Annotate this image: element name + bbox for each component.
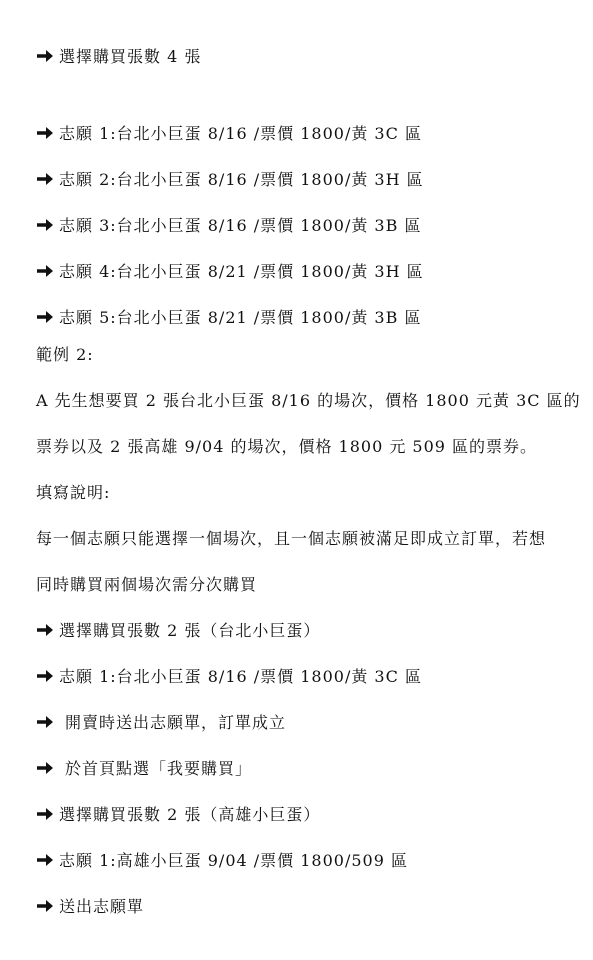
step-submit-on-sale: 開賣時送出志願單，訂單成立 [37, 713, 286, 733]
step-text: 選擇購買張數 4 張 [59, 47, 201, 66]
step-text: 送出志願單 [59, 897, 144, 916]
wish-4: 志願 4:台北小巨蛋 8/21 /票價 1800/黃 3H 區 [37, 262, 424, 282]
right-arrow-icon [37, 761, 53, 775]
step-text: 選擇購買張數 2 張（高雄小巨蛋） [59, 805, 320, 824]
step-wish-taipei: 志願 1:台北小巨蛋 8/16 /票價 1800/黃 3C 區 [37, 667, 422, 687]
wish-5: 志願 5:台北小巨蛋 8/21 /票價 1800/黃 3B 區 [37, 308, 421, 328]
step-text: 開賣時送出志願單，訂單成立 [65, 713, 286, 732]
wish-text: 志願 3:台北小巨蛋 8/16 /票價 1800/黃 3B 區 [59, 216, 421, 235]
right-arrow-icon [37, 172, 53, 186]
step-click-buy: 於首頁點選「我要購買」 [37, 759, 252, 779]
right-arrow-icon [37, 49, 53, 63]
right-arrow-icon [37, 899, 53, 913]
step-wish-kaohsiung: 志願 1:高雄小巨蛋 9/04 /票價 1800/509 區 [37, 851, 408, 871]
right-arrow-icon [37, 126, 53, 140]
step-select-quantity-kaohsiung: 選擇購買張數 2 張（高雄小巨蛋） [37, 805, 320, 825]
wish-1: 志願 1:台北小巨蛋 8/16 /票價 1800/黃 3C 區 [37, 124, 422, 144]
scenario-line-1: A 先生想要買 2 張台北小巨蛋 8/16 的場次，價格 1800 元黃 3C … [36, 391, 581, 411]
step-select-quantity-4: 選擇購買張數 4 張 [37, 47, 201, 67]
instructions-line-2: 同時購買兩個場次需分次購買 [36, 575, 257, 595]
wish-text: 志願 1:台北小巨蛋 8/16 /票價 1800/黃 3C 區 [59, 124, 422, 143]
step-select-quantity-taipei: 選擇購買張數 2 張（台北小巨蛋） [37, 621, 320, 641]
wish-2: 志願 2:台北小巨蛋 8/16 /票價 1800/黃 3H 區 [37, 170, 424, 190]
instructions-line-1: 每一個志願只能選擇一個場次，且一個志願被滿足即成立訂單，若想 [36, 529, 546, 549]
wish-3: 志願 3:台北小巨蛋 8/16 /票價 1800/黃 3B 區 [37, 216, 421, 236]
scenario-line-2: 票券以及 2 張高雄 9/04 的場次，價格 1800 元 509 區的票券。 [36, 437, 537, 457]
step-text: 選擇購買張數 2 張（台北小巨蛋） [59, 621, 320, 640]
right-arrow-icon [37, 669, 53, 683]
right-arrow-icon [37, 264, 53, 278]
wish-text: 志願 4:台北小巨蛋 8/21 /票價 1800/黃 3H 區 [59, 262, 424, 281]
step-text: 志願 1:高雄小巨蛋 9/04 /票價 1800/509 區 [59, 851, 408, 870]
instructions-title: 填寫說明: [36, 483, 110, 503]
right-arrow-icon [37, 623, 53, 637]
right-arrow-icon [37, 807, 53, 821]
example-2-title: 範例 2: [36, 345, 94, 365]
right-arrow-icon [37, 715, 53, 729]
right-arrow-icon [37, 218, 53, 232]
wish-text: 志願 2:台北小巨蛋 8/16 /票價 1800/黃 3H 區 [59, 170, 424, 189]
step-text: 於首頁點選「我要購買」 [65, 759, 252, 778]
step-submit-wishlist: 送出志願單 [37, 897, 144, 917]
step-text: 志願 1:台北小巨蛋 8/16 /票價 1800/黃 3C 區 [59, 667, 422, 686]
wish-text: 志願 5:台北小巨蛋 8/21 /票價 1800/黃 3B 區 [59, 308, 421, 327]
right-arrow-icon [37, 310, 53, 324]
right-arrow-icon [37, 853, 53, 867]
